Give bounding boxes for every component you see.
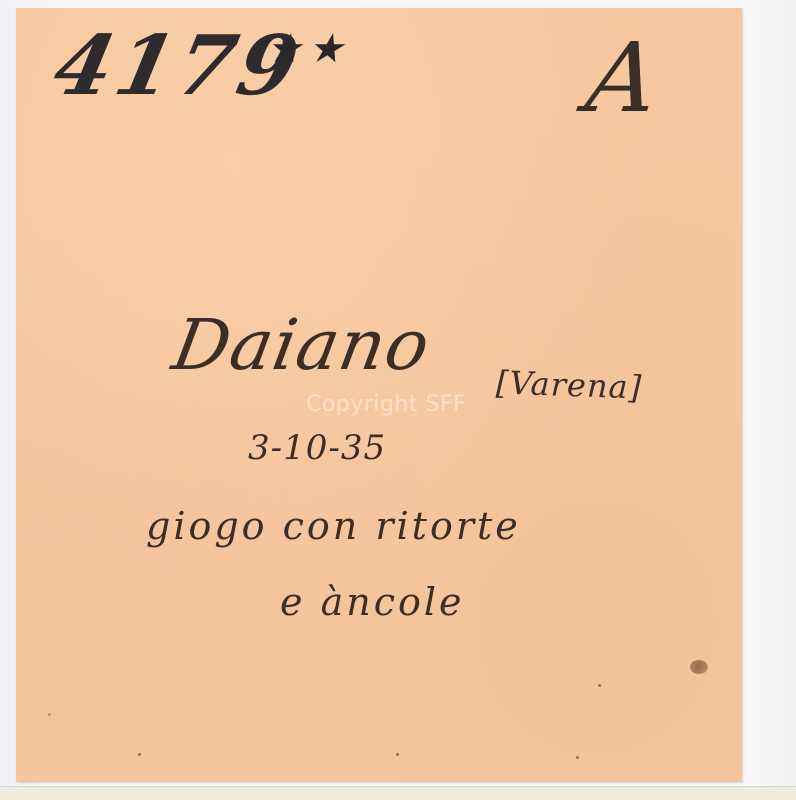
paper-speck [48,713,51,716]
copyright-watermark: Copyright SFF [306,392,466,417]
underlying-card-edge [0,786,796,800]
paper-speck [598,684,601,687]
date: 3-10-35 [248,428,386,468]
series-letter: A [580,22,666,134]
paper-speck [576,756,579,759]
label-card: 4179 ★★ A Daiano [Varena] 3-10-35 giogo … [16,8,742,782]
description-line-1: giogo con ritorte [146,504,521,548]
description-line-2: e àncole [280,580,465,624]
paper-speck [396,753,399,756]
catalog-star-marks: ★★ [266,26,350,72]
place-name: Daiano [167,304,437,386]
paper-speck [138,753,141,756]
ink-stain [690,660,708,674]
region-name: [Varena] [495,363,642,406]
